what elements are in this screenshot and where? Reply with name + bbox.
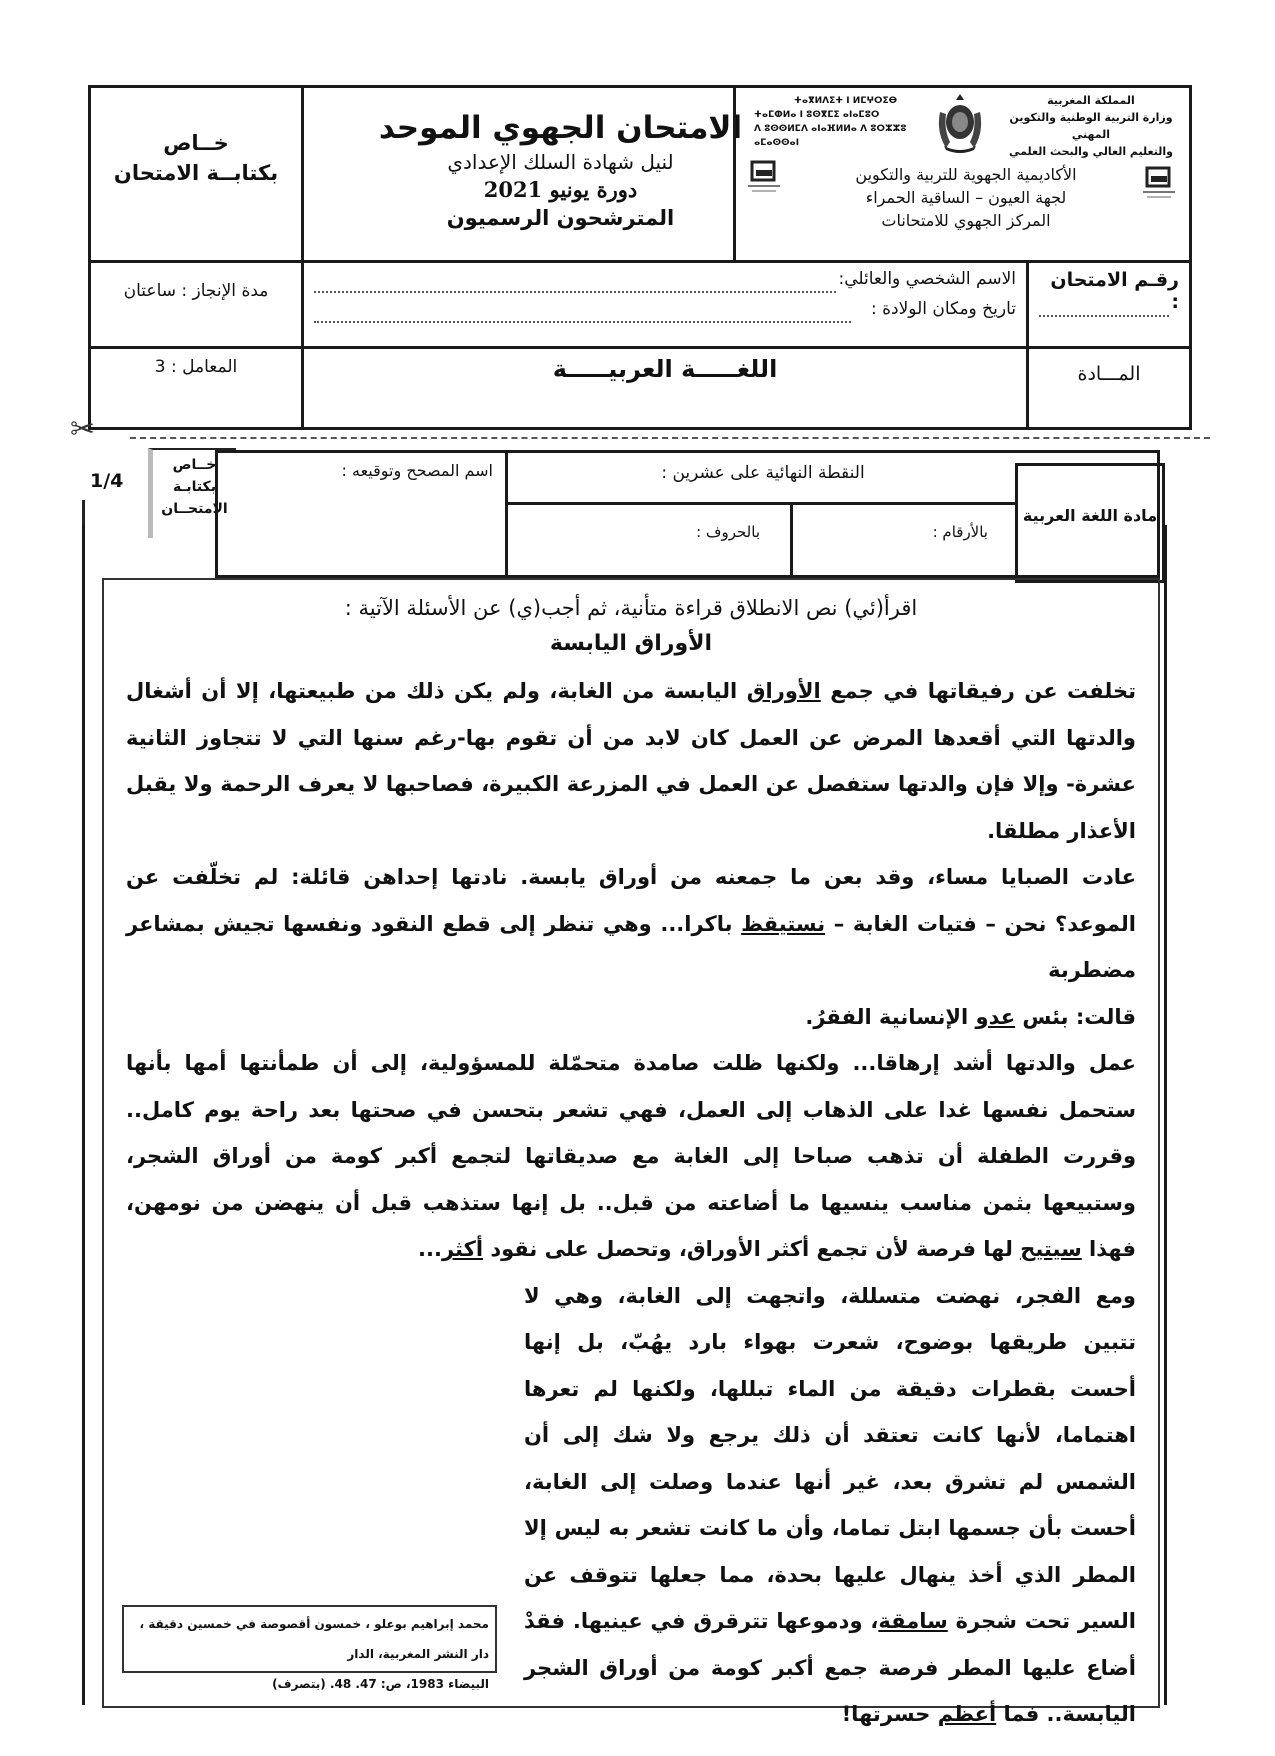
subject-label: المـــادة [1078, 363, 1141, 385]
name-label: الاسم الشخصي والعائلي: [839, 269, 1017, 289]
subject-box-label: مادة اللغة العربية [1023, 506, 1157, 525]
instruction: اقرأ(ئي) نص الانطلاق قراءة متأنية، ثم أج… [104, 592, 1158, 624]
paragraph-2: عادت الصبايا مساء، وقد بعن ما جمعنه من أ… [104, 854, 1158, 994]
exam-office-box: خــاص بكتابــة الامتحان [91, 88, 304, 263]
scissors-icon: ✂ [70, 412, 95, 447]
text-title: الأوراق اليابسة [104, 624, 1158, 664]
reading-text-box: اقرأ(ئي) نص الانطلاق قراءة متأنية، ثم أج… [102, 578, 1160, 1708]
paragraph-1: تخلفت عن رفيقاتها في جمع الأوراق اليابسة… [104, 668, 1158, 854]
exam-center: المركز الجهوي للامتحانات [796, 209, 1136, 232]
tifinagh-line1: ⵜⴰⴳⵍⴷⵉⵜ ⵏ ⵍⵎⵖⵔⵉⴱ [754, 94, 934, 108]
subject-value: اللغـــــة العربيـــــة [553, 355, 778, 383]
birth-field[interactable] [314, 321, 851, 323]
exam-number-field[interactable] [1039, 315, 1169, 317]
final-score-label: النقطة النهائية على عشرين : [661, 463, 864, 483]
academy-logo-left-icon [746, 160, 782, 194]
kingdom-label: المملكة المغربية [1001, 92, 1181, 109]
ministry-line2: والتعليم العالي والبحث العلمي [1001, 143, 1181, 160]
citation-line1: محمد إبراهيم بوعلو ، خمسون أقصوصة في خمس… [130, 1609, 489, 1669]
tifinagh-line3: ⴷ ⵓⵙⵙⵍⵎⴷ ⴰⵏⴰⴼⵍⵍⴰ ⴷ ⵓⵔⵣⵣⵓ ⴰⵎⴰⵙⵙⴰⵏ [754, 122, 934, 150]
academy-region: لجهة العيون – الساقية الحمراء [796, 186, 1136, 209]
coat-of-arms-icon [934, 92, 986, 154]
subject-row: المعامل : 3 اللغـــــة العربيـــــة المـ… [91, 346, 1189, 427]
name-field[interactable] [314, 291, 836, 293]
paragraph-4: عمل والدتها أشد إرهاقا... ولكنها ظلت صام… [104, 1040, 1158, 1273]
page-number: 1/4 [90, 470, 123, 492]
citation-box: محمد إبراهيم بوعلو ، خمسون أقصوصة في خمس… [122, 1605, 497, 1673]
underlined-word: أكثر [442, 1237, 483, 1261]
paragraph-3: قالت: بئس عدو الإنسانية الفقرُ. [104, 994, 1158, 1041]
institution-block: ⵜⴰⴳⵍⴷⵉⵜ ⵏ ⵍⵎⵖⵔⵉⴱ ⵜⴰⵎⵀⵍⴰ ⵏ ⵓⵙⴳⵎⵉ ⴰⵏⴰⵎⵓⵔ ⴷ… [733, 88, 1189, 263]
duration-label: مدة الإنجاز : ساعتان [124, 281, 269, 301]
exam-number-label: رقـم الامتحان : [1039, 269, 1179, 313]
corrector-label: اسم المصحح وتوقيعه : [342, 461, 493, 480]
underlined-word: عدو [976, 1005, 1016, 1029]
exam-header-table: خــاص بكتابــة الامتحان الامتحان الجهوي … [88, 85, 1192, 430]
underlined-word: أعظم [938, 1702, 996, 1726]
academy-name: الأكاديمية الجهوية للتربية والتكوين [796, 163, 1136, 186]
coefficient-label: المعامل : 3 [155, 357, 237, 377]
underlined-word: سامقة [878, 1609, 947, 1633]
ministry-line1: وزارة التربية الوطنية والتكوين المهني [1001, 109, 1181, 143]
birth-label: تاريخ ومكان الولادة : [871, 299, 1016, 319]
underlined-word: الأوراق [747, 679, 821, 703]
citation-line2: البيضاء 1983، ص: 47. 48. (بتصرف) [130, 1669, 489, 1699]
tifinagh-line2: ⵜⴰⵎⵀⵍⴰ ⵏ ⵓⵙⴳⵎⵉ ⴰⵏⴰⵎⵓⵔ [754, 108, 934, 122]
cut-line [130, 437, 1210, 439]
underlined-word: سيتيح [1020, 1237, 1082, 1261]
candidate-info-row: مدة الإنجاز : ساعتان الاسم الشخصي والعائ… [91, 260, 1189, 349]
exam-office-line2: بكتابــة الامتحان [91, 158, 301, 188]
academy-logo-right-icon [1141, 166, 1177, 200]
exam-office-line1: خــاص [91, 128, 301, 158]
underlined-word: نستيقظ [741, 912, 825, 936]
